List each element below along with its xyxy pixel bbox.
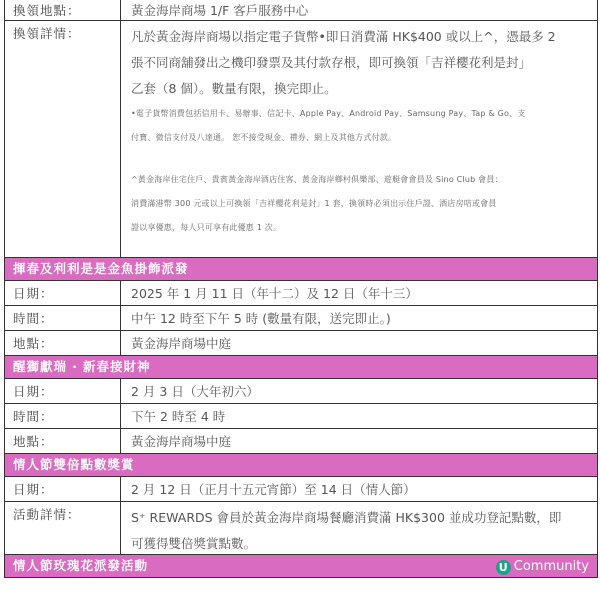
section3-details-row: 活動詳情： S⁺ REWARDS 會員於黃金海岸商場餐廳消費滿 HK$300 並… — [5, 502, 597, 555]
resident-note-line: 消費滿港幣 300 元或以上可換領「吉祥櫻花利是封」1 套，換領時必須出示住戶證… — [131, 192, 589, 216]
ucommunity-watermark: U Community — [496, 556, 589, 578]
section2-time-row: 時間： 下午 2 時至 4 時 — [5, 404, 597, 429]
details-line: 凡於黃金海岸商場以指定電子貨幣•即日消費滿 HK$400 或以上^，憑最多 2 — [131, 24, 589, 50]
row-value: 黃金海岸商場中庭 — [121, 331, 597, 355]
section1-location-row: 地點： 黃金海岸商場中庭 — [5, 331, 597, 356]
row-value: 黃金海岸商場 1/F 客戶服務中心 — [121, 0, 597, 20]
row-value: 中午 12 時至下午 5 時 (數量有限，送完即止。) — [121, 306, 597, 330]
section1-time-row: 時間： 中午 12 時至下午 5 時 (數量有限，送完即止。) — [5, 306, 597, 331]
details-line: 乙套（8 個）。數量有限，換完即止。 — [131, 76, 589, 102]
resident-note-line: ^黃金海岸住宅住戶、貴賓黃金海岸酒店住客、黃金海岸鄉村俱樂部、遊艇會會員及 Si… — [131, 168, 589, 192]
redeem-details-row: 換領詳情： 凡於黃金海岸商場以指定電子貨幣•即日消費滿 HK$400 或以上^，… — [5, 21, 597, 258]
row-label: 換領詳情： — [5, 21, 121, 257]
section3-date-row: 日期： 2 月 12 日（正月十五元宵節）至 14 日（情人節） — [5, 477, 597, 502]
redeem-location-row: 換領地點： 黃金海岸商場 1/F 客戶服務中心 — [5, 0, 597, 21]
row-label: 時間： — [5, 306, 121, 330]
payment-note-line: •電子貨幣消費包括信用卡、易辦事、信記卡、Apple Pay、Android P… — [131, 102, 589, 126]
row-label: 活動詳情： — [5, 502, 121, 554]
row-value: 下午 2 時至 4 時 — [121, 404, 597, 428]
details-line: 張不同商舖發出之機印發票及其付款存根，即可換領「吉祥櫻花利是封」 — [131, 50, 589, 76]
row-label: 日期： — [5, 477, 121, 501]
resident-note-line: 證以享優惠，每人只可享有此優惠 1 次。 — [131, 216, 589, 240]
row-label: 地點： — [5, 331, 121, 355]
section2-date-row: 日期： 2 月 3 日（大年初六） — [5, 379, 597, 404]
section-title: 情人節玫瑰花派發活動 — [13, 558, 148, 573]
row-label: 日期： — [5, 379, 121, 403]
payment-note-line: 付寶、微信支付及八達通。 恕不接受現金、禮券、網上及其他方式付款。 — [131, 126, 589, 150]
details-line: S⁺ REWARDS 會員於黃金海岸商場餐廳消費滿 HK$300 並成功登記點數… — [131, 505, 589, 531]
section2-location-row: 地點： 黃金海岸商場中庭 — [5, 429, 597, 454]
section-header-valentine-roses: 情人節玫瑰花派發活動 U Community — [5, 554, 597, 578]
section1-date-row: 日期： 2025 年 1 月 11 日（年十二）及 12 日（年十三） — [5, 281, 597, 306]
row-label: 時間： — [5, 404, 121, 428]
row-value: 2 月 3 日（大年初六） — [121, 379, 597, 403]
event-info-table: 換領地點： 黃金海岸商場 1/F 客戶服務中心 換領詳情： 凡於黃金海岸商場以指… — [4, 0, 598, 578]
row-value: 黃金海岸商場中庭 — [121, 429, 597, 453]
row-label: 換領地點： — [5, 0, 121, 20]
row-value: 凡於黃金海岸商場以指定電子貨幣•即日消費滿 HK$400 或以上^，憑最多 2 … — [121, 21, 597, 257]
row-label: 地點： — [5, 429, 121, 453]
watermark-text: Community — [514, 556, 589, 578]
row-value: 2 月 12 日（正月十五元宵節）至 14 日（情人節） — [121, 477, 597, 501]
section-header-valentine-points: 情人節雙倍點數獎賞 — [5, 453, 597, 477]
row-label: 日期： — [5, 281, 121, 305]
ucommunity-logo-icon: U — [496, 560, 511, 575]
section-header-fai-chun: 揮春及利利是是金魚掛飾派發 — [5, 257, 597, 281]
row-value: 2025 年 1 月 11 日（年十二）及 12 日（年十三） — [121, 281, 597, 305]
row-value: S⁺ REWARDS 會員於黃金海岸商場餐廳消費滿 HK$300 並成功登記點數… — [121, 502, 597, 554]
section-header-lion-dance: 醒獅獻瑞 ‧ 新春接財神 — [5, 355, 597, 379]
